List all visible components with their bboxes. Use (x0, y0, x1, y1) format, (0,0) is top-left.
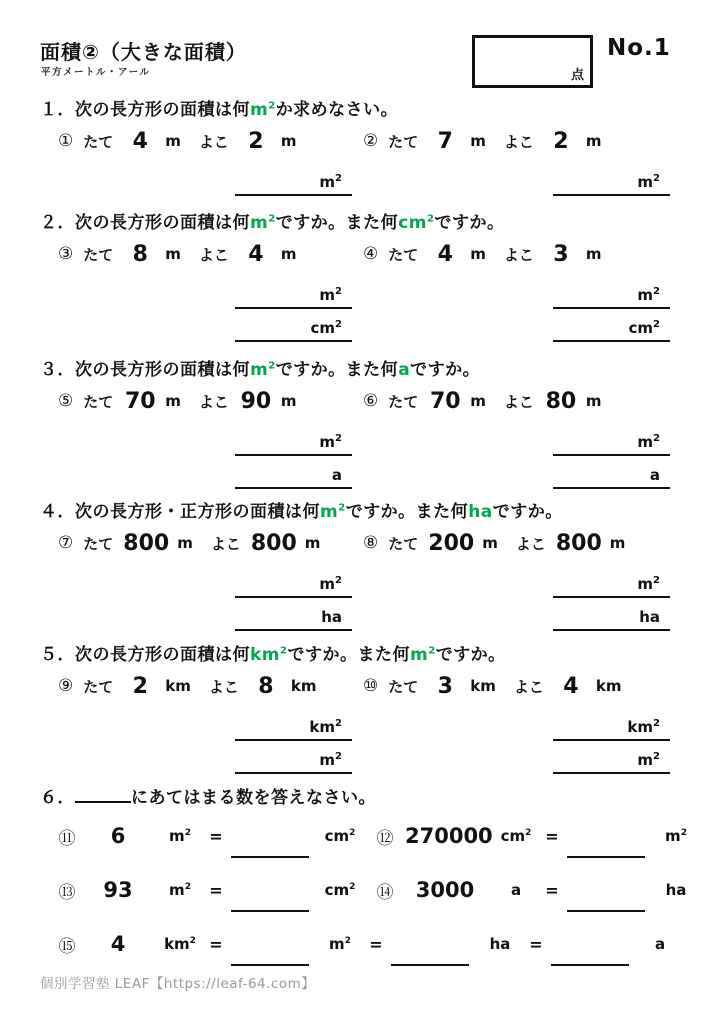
yoko-label: よこ (516, 533, 546, 554)
answer-unit-label: m2 (637, 287, 660, 307)
answer-row: m2 m2 (40, 741, 688, 774)
answer-blank[interactable]: ha (553, 598, 670, 631)
tate-value: 70 (123, 389, 157, 414)
section-2: ２．次の長方形の面積は何m2ですか。また何cm2ですか。 ③ たて 8 m よこ… (40, 208, 688, 342)
problem-4: ④ たて 4 m よこ 3 m (363, 242, 620, 267)
unit-m2: m2 (320, 502, 346, 522)
tate-value: 8 (123, 242, 157, 267)
tate-label: たて (388, 391, 418, 412)
tate-label: たて (83, 391, 113, 412)
step-unit: a (639, 935, 681, 953)
yoko-unit: m (281, 132, 297, 150)
conversion-value: 93 (87, 878, 149, 902)
tate-unit: m (470, 392, 486, 410)
page-title: 面積②（大きな面積） (40, 36, 247, 65)
answer-row: m2 m2 (40, 565, 688, 598)
answer-blank[interactable]: km2 (235, 708, 352, 741)
yoko-unit: m (281, 245, 297, 263)
conversion-value: 3000 (405, 878, 485, 902)
conversion-row: ⑬ 93 m2 = cm2 ⑭ 3000 a = ha (40, 877, 688, 915)
from-unit: cm2 (495, 827, 537, 845)
problem-number: ④ (363, 244, 378, 264)
equals-sign: = (543, 827, 561, 846)
answer-unit-label: cm2 (311, 320, 343, 340)
answer-blank[interactable]: ha (235, 598, 352, 631)
equals-sign: = (207, 881, 225, 900)
heading-text: ですか。また何 (288, 645, 411, 665)
heading-text: ３．次の長方形の面積は何 (40, 360, 250, 380)
answer-blank[interactable] (567, 834, 645, 858)
tate-label: たて (83, 244, 113, 265)
yoko-unit: km (596, 677, 622, 695)
section-1: １．次の長方形の面積は何m2か求めなさい。 ① たて 4 m よこ 2 m ② … (40, 95, 688, 196)
problem-row: ⑦ たて 800 m よこ 800 m ⑧ たて 200 m よこ 800 m (40, 529, 688, 557)
conversion-problem-14: ⑭ 3000 a = ha (373, 877, 703, 903)
heading-text: ですか。 (493, 502, 563, 522)
problem-number: ③ (58, 244, 73, 264)
yoko-label: よこ (199, 244, 229, 265)
yoko-label: よこ (504, 391, 534, 412)
answer-row: m2 m2 (40, 423, 688, 456)
answer-blank[interactable]: m2 (553, 565, 670, 598)
problem-2: ② たて 7 m よこ 2 m (363, 129, 620, 154)
unit-m2: m2 (410, 645, 436, 665)
answer-blank[interactable]: cm2 (553, 309, 670, 342)
yoko-unit: m (586, 392, 602, 410)
tate-value: 70 (428, 389, 462, 414)
problem-number: ⑧ (363, 533, 378, 553)
answer-blank[interactable]: m2 (235, 276, 352, 309)
tate-value: 800 (123, 531, 169, 556)
tate-label: たて (83, 131, 113, 152)
heading-text: ２．次の長方形の面積は何 (40, 213, 250, 233)
unit-ha: ha (468, 502, 493, 522)
answer-blank[interactable] (231, 942, 309, 966)
tate-label: たて (83, 676, 113, 697)
to-unit: cm2 (319, 881, 361, 899)
problem-number: ⑩ (363, 676, 378, 696)
yoko-unit: m (305, 534, 321, 552)
answer-row: ha ha (40, 598, 688, 631)
heading-text: ６． (40, 788, 75, 808)
heading-text: ４．次の長方形・正方形の面積は何 (40, 502, 320, 522)
from-unit: m2 (159, 827, 201, 845)
problem-number: ① (58, 131, 73, 151)
answer-unit-label: ha (321, 609, 342, 629)
conversion-value: 6 (87, 824, 149, 848)
answer-unit-label: a (332, 467, 342, 487)
answer-blank[interactable]: m2 (553, 276, 670, 309)
yoko-label: よこ (504, 131, 534, 152)
problem-8: ⑧ たて 200 m よこ 800 m (363, 531, 643, 556)
step-unit: ha (479, 935, 521, 953)
answer-unit-label: m2 (637, 576, 660, 596)
heading-text: ですか。 (434, 213, 504, 233)
tate-label: たて (388, 244, 418, 265)
page-subtitle: 平方メートル・アール (41, 64, 151, 78)
heading-text: ですか。 (410, 360, 480, 380)
problem-number: ⑫ (373, 824, 397, 849)
heading-text: ですか。また何 (276, 213, 399, 233)
answer-blank[interactable]: m2 (235, 565, 352, 598)
to-unit: cm2 (319, 827, 361, 845)
to-unit: ha (655, 881, 697, 899)
tate-value: 2 (123, 674, 157, 699)
yoko-unit: m (586, 132, 602, 150)
answer-unit-label: km2 (627, 719, 660, 739)
answer-blank[interactable]: km2 (553, 708, 670, 741)
problem-7: ⑦ たて 800 m よこ 800 m (40, 531, 363, 556)
equals-sign: = (207, 935, 225, 954)
answer-unit-label: cm2 (629, 320, 661, 340)
footer-credit: 個別学習塾 LEAF【https://leaf-64.com】 (40, 972, 315, 992)
problem-row: ⑤ たて 70 m よこ 90 m ⑥ たて 70 m よこ 80 m (40, 387, 688, 415)
section-5: ５．次の長方形の面積は何km2ですか。また何m2ですか。 ⑨ たて 2 km よ… (40, 640, 688, 774)
problem-row: ① たて 4 m よこ 2 m ② たて 7 m よこ 2 m (40, 127, 688, 155)
answer-blank[interactable]: m2 (553, 423, 670, 456)
answer-blank[interactable]: m2 (235, 163, 352, 196)
from-unit: km2 (159, 935, 201, 953)
yoko-value: 3 (544, 242, 578, 267)
section-4: ４．次の長方形・正方形の面積は何m2ですか。また何haですか。 ⑦ たて 800… (40, 497, 688, 631)
tate-value: 4 (428, 242, 462, 267)
section-4-heading: ４．次の長方形・正方形の面積は何m2ですか。また何haですか。 (40, 497, 688, 521)
conversion-problem-15: ⑮ 4 km2 = m2 = ha = a (55, 931, 687, 957)
unit-a: a (398, 360, 410, 380)
problem-number: ⑪ (55, 824, 79, 849)
doc-number: No.1 (607, 35, 671, 61)
problem-1: ① たて 4 m よこ 2 m (40, 129, 363, 154)
answer-blank[interactable] (231, 888, 309, 912)
yoko-value: 8 (249, 674, 283, 699)
answer-blank[interactable]: m2 (235, 423, 352, 456)
answer-row: cm2 cm2 (40, 309, 688, 342)
tate-unit: m (165, 245, 181, 263)
problem-10: ⑩ たて 3 km よこ 4 km (363, 674, 640, 699)
heading-text: にあてはまる数を答えなさい。 (131, 788, 376, 808)
tate-unit: m (177, 534, 193, 552)
conversion-row: ⑮ 4 km2 = m2 = ha = a (40, 931, 688, 969)
yoko-value: 800 (251, 531, 297, 556)
answer-row: km2 km2 (40, 708, 688, 741)
score-unit-label: 点 (571, 64, 584, 83)
yoko-value: 2 (239, 129, 273, 154)
yoko-value: 2 (544, 129, 578, 154)
tate-value: 200 (428, 531, 474, 556)
answer-unit-label: m2 (319, 576, 342, 596)
answer-unit-label: m2 (637, 434, 660, 454)
problem-number: ⑥ (363, 391, 378, 411)
equals-sign: = (207, 827, 225, 846)
tate-unit: m (470, 132, 486, 150)
answer-blank[interactable]: a (553, 456, 670, 489)
answer-blank[interactable]: m2 (553, 163, 670, 196)
tate-label: たて (388, 676, 418, 697)
section-6-heading: ６．にあてはまる数を答えなさい。 (40, 783, 688, 807)
inline-blank (75, 785, 131, 803)
section-3-heading: ３．次の長方形の面積は何m2ですか。また何aですか。 (40, 355, 688, 379)
answer-blank[interactable]: m2 (553, 741, 670, 774)
tate-unit: m (482, 534, 498, 552)
yoko-unit: m (586, 245, 602, 263)
unit-m2: m2 (250, 360, 276, 380)
answer-blank[interactable] (551, 942, 629, 966)
problem-number: ⑦ (58, 533, 73, 553)
problem-number: ⑨ (58, 676, 73, 696)
conversion-problem-12: ⑫ 270000 cm2 = m2 (373, 823, 703, 849)
tate-unit: km (165, 677, 191, 695)
problem-number: ⑭ (373, 878, 397, 903)
conversion-value: 270000 (405, 824, 485, 848)
answer-unit-label: m2 (637, 174, 660, 194)
unit-m2: m2 (250, 100, 276, 120)
problem-row: ③ たて 8 m よこ 4 m ④ たて 4 m よこ 3 m (40, 240, 688, 268)
worksheet-page: 面積②（大きな面積） 平方メートル・アール 点 No.1 １．次の長方形の面積は… (0, 0, 725, 1024)
equals-sign: = (543, 881, 561, 900)
conversion-row: ⑪ 6 m2 = cm2 ⑫ 270000 cm2 = m2 (40, 823, 688, 861)
answer-unit-label: m2 (319, 752, 342, 772)
section-1-heading: １．次の長方形の面積は何m2か求めなさい。 (40, 95, 688, 119)
answer-unit-label: m2 (319, 174, 342, 194)
tate-unit: m (165, 392, 181, 410)
answer-blank[interactable]: m2 (235, 741, 352, 774)
score-box[interactable]: 点 (472, 35, 593, 88)
from-unit: m2 (159, 881, 201, 899)
problem-number: ⑮ (55, 932, 79, 957)
answer-row: m2 m2 (40, 276, 688, 309)
tate-value: 3 (428, 674, 462, 699)
tate-value: 7 (428, 129, 462, 154)
heading-text: ですか。また何 (276, 360, 399, 380)
problem-3: ③ たて 8 m よこ 4 m (40, 242, 363, 267)
yoko-unit: km (291, 677, 317, 695)
yoko-label: よこ (209, 676, 239, 697)
answer-blank[interactable]: a (235, 456, 352, 489)
answer-unit-label: m2 (319, 434, 342, 454)
section-2-heading: ２．次の長方形の面積は何m2ですか。また何cm2ですか。 (40, 208, 688, 232)
yoko-label: よこ (504, 244, 534, 265)
section-5-heading: ５．次の長方形の面積は何km2ですか。また何m2ですか。 (40, 640, 688, 664)
answer-blank[interactable]: cm2 (235, 309, 352, 342)
yoko-value: 800 (556, 531, 602, 556)
answer-unit-label: m2 (637, 752, 660, 772)
yoko-value: 80 (544, 389, 578, 414)
problem-row: ⑨ たて 2 km よこ 8 km ⑩ たて 3 km よこ 4 km (40, 672, 688, 700)
answer-row: m2 m2 (40, 163, 688, 196)
yoko-unit: m (281, 392, 297, 410)
problem-number: ② (363, 131, 378, 151)
unit-cm2: cm2 (398, 213, 434, 233)
yoko-label: よこ (211, 533, 241, 554)
unit-m2: m2 (250, 213, 276, 233)
heading-text: ５．次の長方形の面積は何 (40, 645, 250, 665)
conversion-problem-11: ⑪ 6 m2 = cm2 (55, 823, 367, 849)
unit-km2: km2 (250, 645, 288, 665)
yoko-label: よこ (199, 131, 229, 152)
equals-sign: = (527, 935, 545, 954)
heading-text: ですか。 (436, 645, 506, 665)
yoko-value: 4 (554, 674, 588, 699)
section-3: ３．次の長方形の面積は何m2ですか。また何aですか。 ⑤ たて 70 m よこ … (40, 355, 688, 489)
answer-blank[interactable] (391, 942, 469, 966)
answer-unit-label: ha (639, 609, 660, 629)
tate-unit: km (470, 677, 496, 695)
answer-blank[interactable] (567, 888, 645, 912)
problem-number: ⑤ (58, 391, 73, 411)
heading-text: １．次の長方形の面積は何 (40, 100, 250, 120)
answer-row: a a (40, 456, 688, 489)
conversion-value: 4 (87, 932, 149, 956)
answer-unit-label: m2 (319, 287, 342, 307)
section-6: ６．にあてはまる数を答えなさい。 ⑪ 6 m2 = cm2 ⑫ 270000 c… (40, 783, 688, 969)
problem-number: ⑬ (55, 878, 79, 903)
problem-5: ⑤ たて 70 m よこ 90 m (40, 389, 363, 414)
equals-sign: = (367, 935, 385, 954)
tate-unit: m (470, 245, 486, 263)
from-unit: a (495, 881, 537, 899)
step-unit: m2 (319, 935, 361, 953)
tate-label: たて (388, 533, 418, 554)
conversion-problem-13: ⑬ 93 m2 = cm2 (55, 877, 367, 903)
heading-text: ですか。また何 (346, 502, 469, 522)
to-unit: m2 (655, 827, 697, 845)
tate-label: たて (83, 533, 113, 554)
yoko-unit: m (610, 534, 626, 552)
heading-text: か求めなさい。 (276, 100, 399, 120)
answer-unit-label: km2 (309, 719, 342, 739)
problem-9: ⑨ たて 2 km よこ 8 km (40, 674, 363, 699)
problem-6: ⑥ たて 70 m よこ 80 m (363, 389, 620, 414)
answer-blank[interactable] (231, 834, 309, 858)
answer-unit-label: a (650, 467, 660, 487)
tate-unit: m (165, 132, 181, 150)
yoko-label: よこ (199, 391, 229, 412)
yoko-label: よこ (514, 676, 544, 697)
yoko-value: 90 (239, 389, 273, 414)
tate-value: 4 (123, 129, 157, 154)
yoko-value: 4 (239, 242, 273, 267)
tate-label: たて (388, 131, 418, 152)
